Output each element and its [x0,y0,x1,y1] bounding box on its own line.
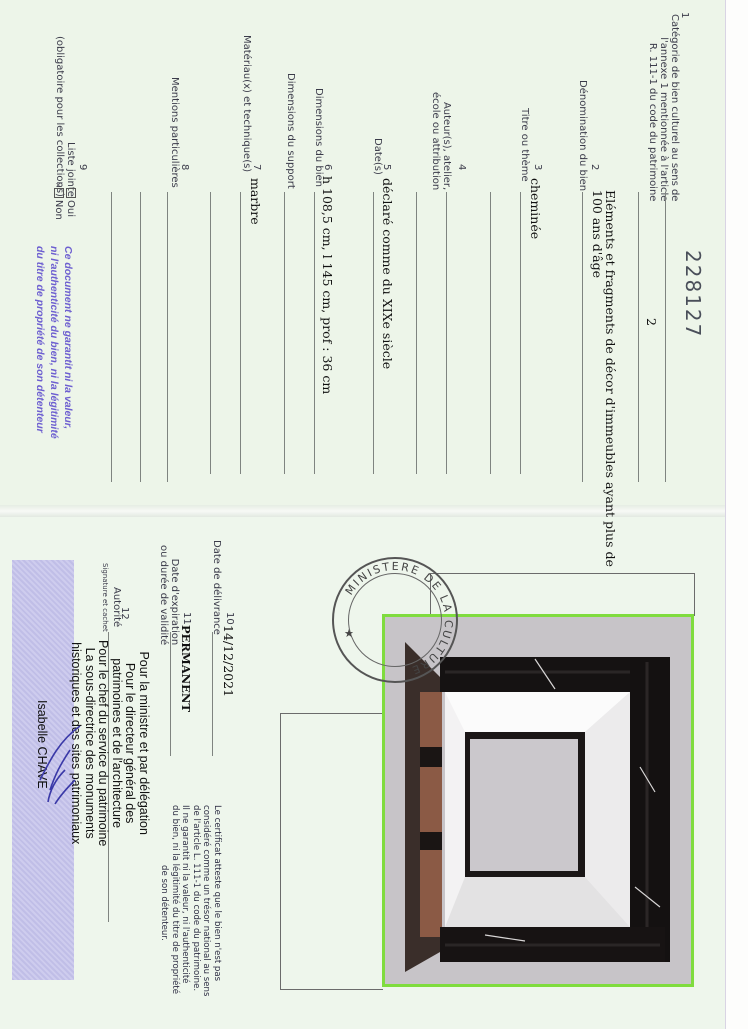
field-3-value: cheminée [529,178,542,239]
list-option-non[interactable]: ×Non [52,182,64,220]
statement-line: Le certificat atteste que le bien n'est … [212,805,223,996]
field-7-line-b [210,192,211,474]
field-4-label-line: Auteur(s), atelier, [441,92,452,190]
expiry-label-line: ou durée de validité [158,545,169,645]
field-3-number: 3 [532,164,543,170]
field-1-line-b [638,192,639,482]
photo-header-box [430,573,695,616]
field-1-line-a [665,192,666,482]
field-2-label: Dénomination du bien [577,80,588,191]
field-2-value-line-2: 100 ans d'âge [591,190,604,278]
field-2-line [582,192,583,482]
field-4-line-b [416,192,417,474]
svg-text:MINISTERE DE LA CULTURE: MINISTERE DE LA CULTURE [343,560,455,677]
field-7-line-a [240,192,241,474]
field-8-line-b [140,192,141,482]
stamp-text-icon: MINISTERE DE LA CULTURE ★ [334,559,456,681]
field-1-value: 2 [645,318,658,326]
disclaimer-notice: Ce document ne garantit ni la valeur, ni… [33,246,75,439]
support-dimensions-label: Dimensions du support [285,73,296,189]
ministry-stamp: MINISTERE DE LA CULTURE ★ [332,557,458,683]
field-4-label-line: école ou attribution [430,92,441,190]
field-1-label: Catégorie de bien culturel au sens de l'… [647,14,680,201]
list-option-oui[interactable]: Oui [65,188,76,217]
field-11-number: 11 [181,612,192,625]
field-1-label-line: Catégorie de bien culturel au sens de [669,14,680,201]
signature-line: patrimoines et de l'architecture [110,640,124,846]
notice-line: Ce document ne garantit ni la valeur, [61,246,75,439]
issue-date-value: 14/12/2021 [222,625,235,697]
field-4-label: Auteur(s), atelier, école ou attribution [430,92,452,190]
certificate-statement: Le certificat atteste que le bien n'est … [159,805,222,996]
issue-date-line [212,632,213,756]
oui-checkbox[interactable] [66,188,76,198]
signature-line: Pour le chef du service du patrimoine [96,640,110,846]
statement-line: considéré comme un trésor national au se… [201,805,212,996]
serial-number: 228127 [681,250,705,338]
signature-line: Pour la ministre et par délégation [137,640,151,846]
notice-line: du titre de propriété de son détenteur [33,246,47,439]
field-10-number: 10 [224,612,235,625]
field-7-value: marbre [249,178,262,225]
field-6-line [314,192,315,474]
field-3-label: Titre ou thème [519,108,530,182]
authority-sublabel: Signature et cachet [99,563,110,632]
statement-line: Il ne garantit ni la valeur, ni l'authen… [180,805,191,996]
field-9-label-line: (obligatoire pour les collections) [54,36,65,197]
support-dimensions-line [284,192,285,474]
paper-edge [725,0,748,1029]
field-8-line-a [167,192,168,482]
oui-label: Oui [65,200,76,217]
svg-text:★: ★ [344,627,354,640]
issue-date-label: Date de délivrance [211,540,222,635]
field-8-line-c [111,192,112,482]
field-3-line-b [490,192,491,474]
field-7-number: 7 [251,164,262,170]
field-8-number: 8 [179,164,190,170]
field-9-number: 9 [77,164,88,170]
statement-line: du bien, ni la légitimité du titre de pr… [170,805,181,996]
handwritten-signature-icon [20,720,90,810]
field-5-value: déclaré comme du XIXe siècle [381,178,394,369]
field-4-line-a [446,192,447,474]
field-2-number: 2 [589,164,600,170]
statement-line: de l'article L. 111-1 du code du patrimo… [191,805,202,996]
expiry-line [170,632,171,756]
field-8-label: Mentions particulières [169,77,180,188]
authority-label: Autorité [111,587,122,627]
field-6-value: h 108,5 cm, l 145 cm, prof : 36 cm [321,176,334,394]
non-label: Non [53,200,64,220]
notice-line: ni l'authenticité du bien, ni la légitim… [47,246,61,439]
field-5-label: Date(s) [372,138,383,175]
field-1-number: 1 [679,12,690,18]
field-2-value-line-1: Eléments et fragments de décor d'immeubl… [604,190,617,567]
field-5-line [373,192,374,474]
field-7-label: Matériau(x) et technique(s) [241,35,252,172]
statement-line: de son détenteur. [159,805,170,996]
field-1-label-line: R. 111-1 du code du patrimoine [647,14,658,201]
field-1-label-line: l'annexe 1 mentionnée à l'article [658,14,669,201]
signature-line: Pour le directeur général des [123,640,137,846]
field-3-line-a [520,192,521,474]
field-6-label: Dimensions du bien [313,88,324,187]
photo-placeholder-box [280,713,383,990]
non-checkbox[interactable] [54,188,64,198]
field-4-number: 4 [456,164,467,170]
field-9-label-line: Liste jointe [65,36,76,197]
expiry-value: PERMANENT [179,625,192,712]
field-9-label: Liste jointe (obligatoire pour les colle… [54,36,76,197]
expiry-label: Date d'expiration ou durée de validité [158,545,180,645]
